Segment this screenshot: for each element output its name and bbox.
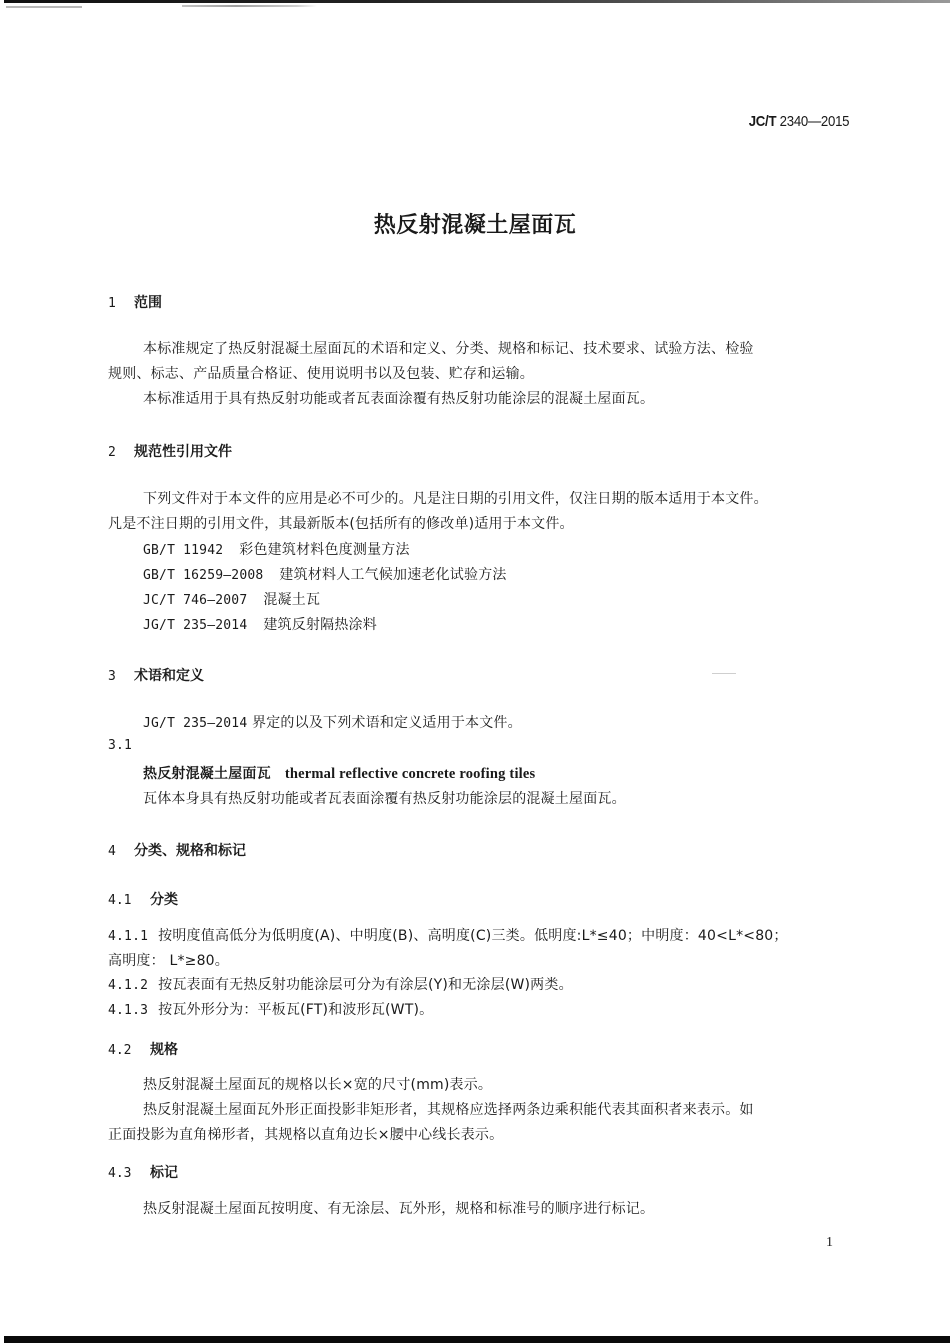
specification-paragraph-line: 正面投影为直角梯形者，其规格以直角边长×腰中心线长表示。 [108,1124,503,1144]
section-heading-classification: 4分类、规格和标记 [108,840,246,860]
subsection-heading-specification: 4.2规格 [108,1039,178,1059]
clause-continuation: 高明度： L*≥80。 [108,950,229,970]
clause-text: 按瓦外形分为：平板瓦(FT)和波形瓦(WT)。 [158,1002,433,1018]
clause-number: 4.1.2 [108,978,148,993]
scan-smudge [182,5,317,7]
references-paragraph-line: 凡是不注日期的引用文件，其最新版本(包括所有的修改单)适用于本文件。 [108,513,574,533]
reference-code: GB/T 16259—2008 [143,568,263,583]
clause-text: 按明度值高低分为低明度(A)、中明度(B)、高明度(C)三类。低明度:L*≤40… [158,928,787,944]
terms-intro: JG/T 235—2014 界定的以及下列术语和定义适用于本文件。 [143,712,522,732]
term-definition: 瓦体本身具有热反射功能或者瓦表面涂覆有热反射功能涂层的混凝土屋面瓦。 [143,788,626,808]
reference-item: GB/T 16259—2008建筑材料人工气候加速老化试验方法 [143,564,507,584]
page-number: 1 [826,1235,833,1251]
references-paragraph-line: 下列文件对于本文件的应用是必不可少的。凡是注日期的引用文件，仅注日期的版本适用于… [143,488,768,508]
reference-title: 建筑反射隔热涂料 [263,617,377,633]
specification-paragraph-line: 热反射混凝土屋面瓦的规格以长×宽的尺寸(mm)表示。 [143,1074,492,1094]
scan-smudge [6,6,82,8]
section-number: 4 [108,844,134,859]
scope-paragraph-line: 本标准规定了热反射混凝土屋面瓦的术语和定义、分类、规格和标记、技术要求、试验方法… [143,338,754,358]
document-title: 热反射混凝土屋面瓦 [0,208,950,239]
reference-code: JC/T 746—2007 [143,593,247,608]
section-title: 范围 [134,295,162,311]
scan-bottom-border [4,1336,950,1343]
term-english: thermal reflective concrete roofing tile… [285,766,536,782]
scope-paragraph-line: 本标准适用于具有热反射功能或者瓦表面涂覆有热反射功能涂层的混凝土屋面瓦。 [143,388,654,408]
subsection-heading-marking: 4.3标记 [108,1162,178,1182]
terms-intro-text: 界定的以及下列术语和定义适用于本文件。 [252,715,522,731]
clause-4-1-1: 4.1.1按明度值高低分为低明度(A)、中明度(B)、高明度(C)三类。低明度:… [108,925,788,945]
section-title: 术语和定义 [134,668,204,684]
section-number: 2 [108,445,134,460]
reference-code: JG/T 235—2014 [143,618,247,633]
section-number: 1 [108,296,134,311]
clause-4-1-2: 4.1.2按瓦表面有无热反射功能涂层可分为有涂层(Y)和无涂层(W)两类。 [108,974,573,994]
scope-paragraph-line: 规则、标志、产品质量合格证、使用说明书以及包装、贮存和运输。 [108,363,534,383]
terms-intro-code: JG/T 235—2014 [143,716,247,731]
term-number: 3.1 [108,738,132,753]
clause-number: 4.1.3 [108,1003,148,1018]
standard-prefix: JC/T [748,113,776,130]
standard-code: 2340—2015 [779,113,849,130]
clause-number: 4.1.1 [108,929,148,944]
subsection-number: 4.2 [108,1043,150,1058]
reference-item: GB/T 11942彩色建筑材料色度测量方法 [143,539,410,559]
subsection-title: 规格 [150,1042,178,1058]
reference-code: GB/T 11942 [143,543,223,558]
reference-item: JC/T 746—2007混凝土瓦 [143,589,320,609]
term-chinese: 热反射混凝土屋面瓦 [143,766,271,782]
term-entry: 热反射混凝土屋面瓦thermal reflective concrete roo… [143,763,535,783]
reference-title: 彩色建筑材料色度测量方法 [239,542,409,558]
scan-artifact [712,673,736,674]
subsection-heading-classification: 4.1分类 [108,889,178,909]
marking-paragraph-line: 热反射混凝土屋面瓦按明度、有无涂层、瓦外形，规格和标准号的顺序进行标记。 [143,1198,654,1218]
section-heading-terms-definitions: 3术语和定义 [108,665,204,685]
subsection-title: 分类 [150,892,178,908]
subsection-number: 4.1 [108,893,150,908]
scan-top-border [4,0,950,3]
section-title: 分类、规格和标记 [134,843,246,859]
clause-text: 按瓦表面有无热反射功能涂层可分为有涂层(Y)和无涂层(W)两类。 [158,977,573,993]
subsection-title: 标记 [150,1165,178,1181]
clause-4-1-3: 4.1.3按瓦外形分为：平板瓦(FT)和波形瓦(WT)。 [108,999,433,1019]
reference-title: 建筑材料人工气候加速老化试验方法 [279,567,506,583]
specification-paragraph-line: 热反射混凝土屋面瓦外形正面投影非矩形者，其规格应选择两条边乘积能代表其面积者来表… [143,1099,754,1119]
reference-item: JG/T 235—2014建筑反射隔热涂料 [143,614,377,634]
section-heading-normative-references: 2规范性引用文件 [108,441,232,461]
subsection-number: 4.3 [108,1166,150,1181]
section-heading-scope: 1范围 [108,292,162,312]
standard-number: JC/T 2340—2015 [748,113,849,130]
reference-title: 混凝土瓦 [263,592,320,608]
section-number: 3 [108,669,134,684]
section-title: 规范性引用文件 [134,444,232,460]
